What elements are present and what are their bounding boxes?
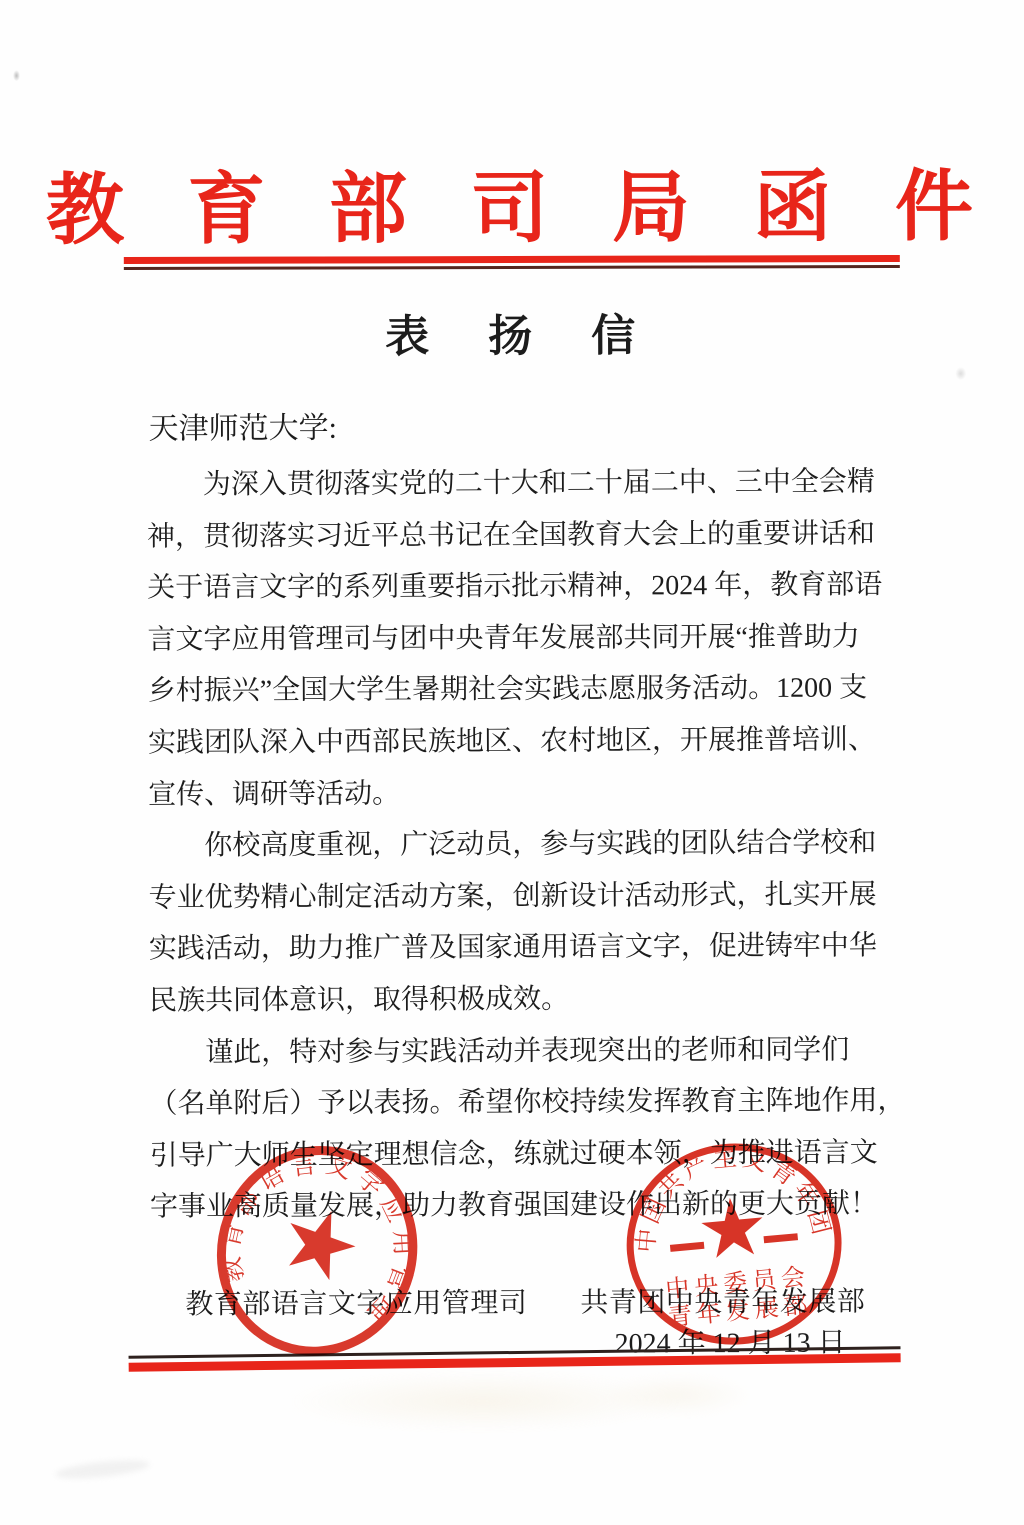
- scan-artifact: [13, 70, 20, 81]
- official-seal-moe: 教育部语言文字应用管理司: [187, 1112, 448, 1389]
- letterhead-divider: [124, 255, 900, 270]
- seal-dash-right: [764, 1233, 798, 1243]
- body-line: 神，贯彻落实习近平总书记在全国教育大会上的重要讲话和: [147, 508, 883, 563]
- body-line: 谨此，特对参与实践活动并表现突出的老师和同学们: [149, 1024, 885, 1079]
- divider-thick-red-line: [124, 255, 900, 264]
- body-line: 实践活动，助力推广普及国家通用语言文字，促进铸牢中华: [149, 921, 885, 976]
- letter-content: 教 育 部 司 局 函 件 表 扬 信 天津师范大学: 为深入贯彻落实党的二十大…: [0, 0, 1024, 1525]
- scanned-letter-page: 教 育 部 司 局 函 件 表 扬 信 天津师范大学: 为深入贯彻落实党的二十大…: [0, 0, 1024, 1525]
- letterhead-title: 教 育 部 司 局 函 件: [0, 144, 1022, 260]
- body-line: 关于语言文字的系列重要指示批示精神，2024 年，教育部语: [147, 560, 883, 615]
- document-title: 表 扬 信: [0, 298, 1022, 366]
- scan-artifact: [955, 367, 966, 380]
- star-icon: [277, 1199, 364, 1284]
- body-line: 你校高度重视，广泛动员，参与实践的团队结合学校和: [148, 818, 884, 873]
- body-line: 民族共同体意识，取得积极成效。: [149, 972, 885, 1027]
- official-seal-cyl: 中国共产主义青年团 中央委员会 青年发展部: [593, 1100, 874, 1387]
- star-icon: [699, 1195, 765, 1259]
- scan-artifact: [55, 1457, 151, 1482]
- body-line: 专业优势精心制定活动方案，创新设计活动形式，扎实开展: [148, 869, 884, 924]
- body-line: 为深入贯彻落实党的二十大和二十届二中、三中全会精: [147, 456, 883, 511]
- seal-dash-left: [670, 1242, 704, 1252]
- salutation: 天津师范大学:: [148, 403, 337, 448]
- divider-thin-dark-line: [124, 265, 900, 270]
- body-line: 言文字应用管理司与团中央青年发展部共同开展“推普助力: [147, 611, 883, 666]
- body-line: 乡村振兴”全国大学生暑期社会实践志愿服务活动。1200 支: [148, 663, 884, 718]
- body-line: 实践团队深入中西部民族地区、农村地区，开展推普培训、: [148, 714, 884, 769]
- body-line: 宣传、调研等活动。: [148, 766, 884, 821]
